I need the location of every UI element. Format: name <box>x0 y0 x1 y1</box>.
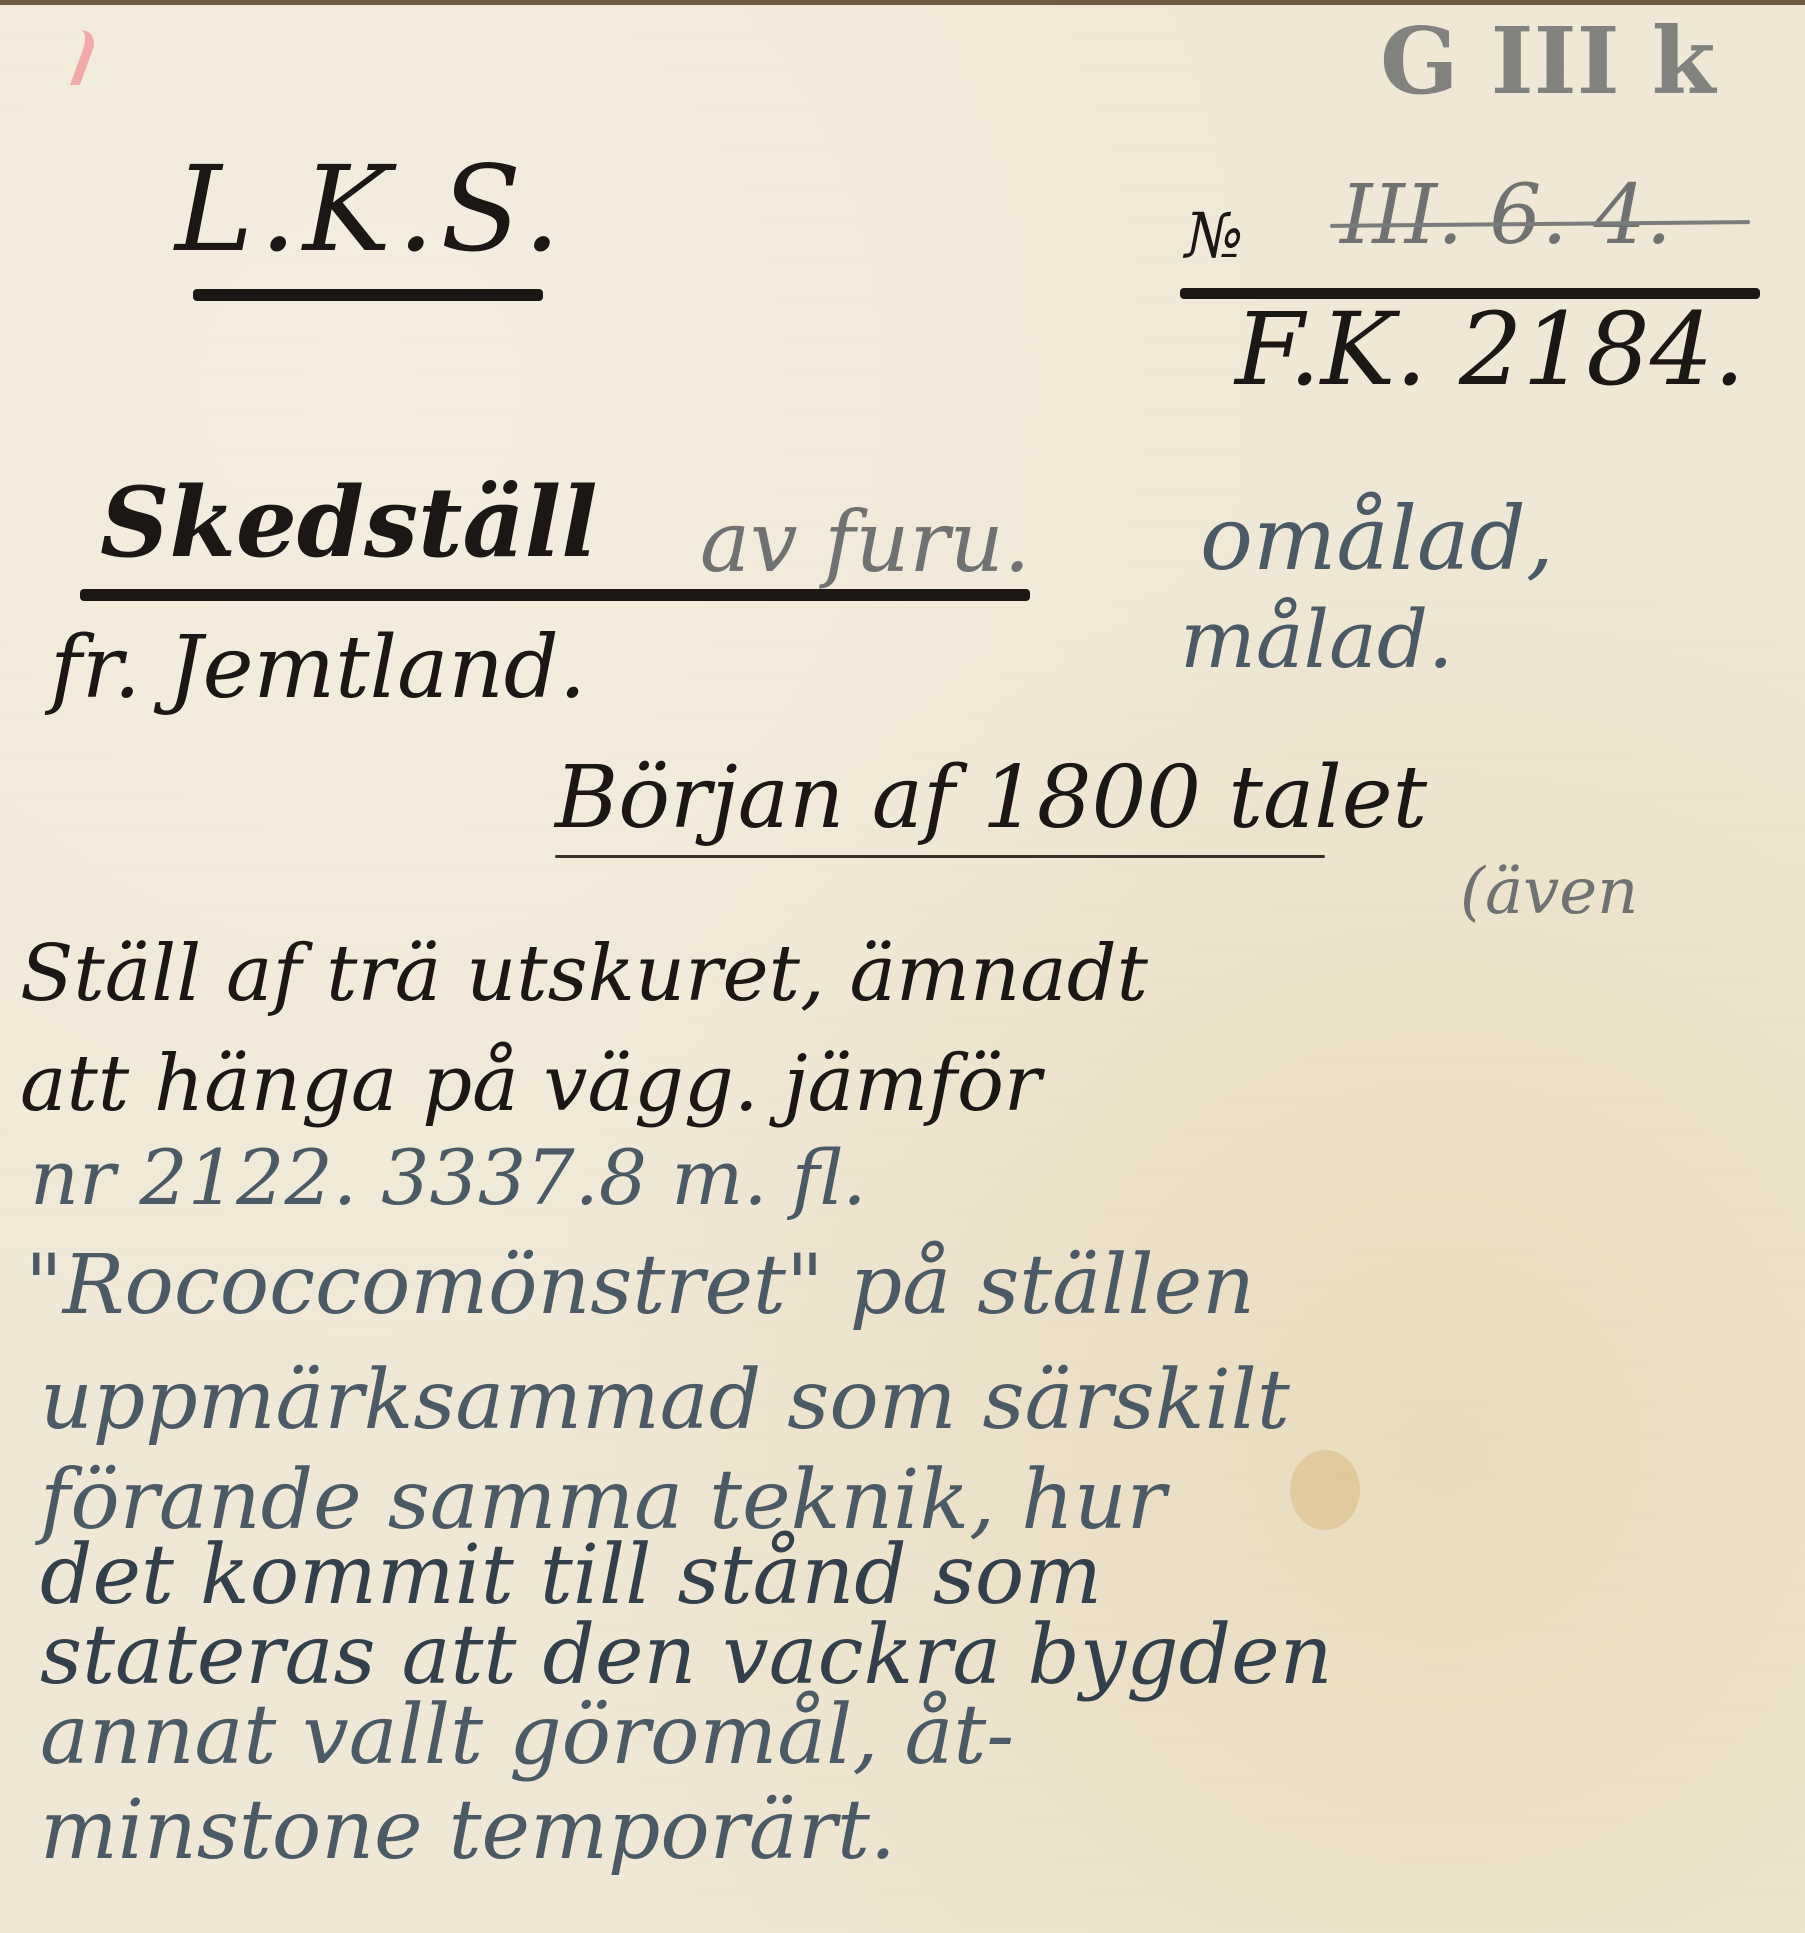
archive-code-underline <box>193 289 543 301</box>
dating-underline <box>555 855 1325 858</box>
description-line-3: nr 2122. 3337.8 m. fl. <box>30 1140 866 1216</box>
provenance: fr. Jemtland. <box>50 625 586 711</box>
note-line-2: uppmärksammad som särskilt <box>40 1360 1290 1442</box>
archive-code: L.K.S. <box>175 150 567 268</box>
note-line-4: det kommit till stånd som <box>40 1535 1102 1617</box>
note-line-1: "Rococcomönstret" på ställen <box>25 1245 1255 1327</box>
card-top-edge <box>0 0 1805 5</box>
title-addition-material: av furu. <box>700 500 1030 584</box>
annotation-aven: (även <box>1460 860 1638 924</box>
shelf-mark: G III k <box>1380 15 1715 107</box>
title-addition-unpainted: omålad, <box>1200 495 1554 583</box>
red-check-mark-icon <box>30 30 100 85</box>
paper-stain <box>1290 1450 1360 1530</box>
description-line-1: Ställ af trä utskuret, ämnadt <box>20 935 1148 1013</box>
old-number-struck: III. 6. 4. <box>1340 175 1672 257</box>
note-line-6: annat vallt göromål, åt- <box>40 1695 1014 1777</box>
note-line-7: minstone temporärt. <box>40 1790 896 1872</box>
number-label: № <box>1185 205 1244 267</box>
description-line-2: att hänga på vägg. jämför <box>20 1045 1041 1123</box>
object-title: Skedställ <box>100 475 598 571</box>
dating: Början af 1800 talet <box>555 755 1427 841</box>
note-line-5: stateras att den vackra bygden <box>40 1615 1333 1697</box>
title-addition-painted: målad. <box>1180 600 1453 680</box>
catalogue-number: F.K. 2184. <box>1235 300 1745 400</box>
archive-card: L.K.S. G III k № III. 6. 4. F.K. 2184. S… <box>0 0 1805 1933</box>
